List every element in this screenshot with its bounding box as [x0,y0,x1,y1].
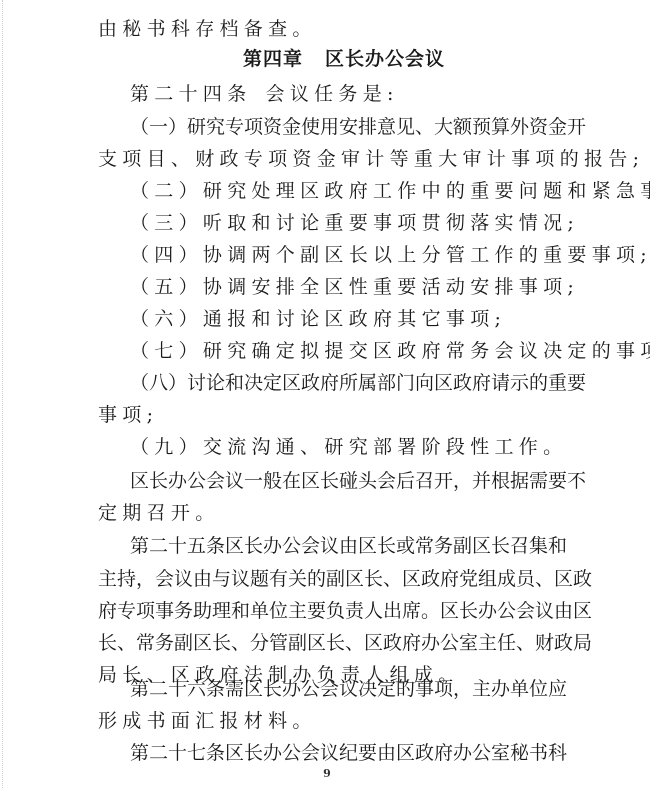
article-24-item-8-line-1: （八）讨论和决定区政府所属部门向区政府请示的重要 [130,368,550,398]
article-24-closing-line-2: 定期召开。 [98,498,220,528]
article-25-line-4: 长、常务副区长、分管副区长、区政府办公室主任、财政局 [98,628,550,658]
chapter-title: 区长办公会议 [325,48,445,70]
article-24-heading: 第二十四条会议任务是: [130,79,399,109]
article-26-text: 需区长办公会议决定的事项，主办单位应 [225,678,567,700]
article-25-line-3: 府专项事务助理和单位主要负责人出席。区长办公会议由区 [98,596,550,626]
article-24-item-1-line-1: （一）研究专项资金使用安排意见、大额预算外资金开 [130,112,550,142]
chapter-heading: 第四章区长办公会议 [98,44,550,74]
article-24-item-8-line-2: 事项; [98,400,158,430]
chapter-number: 第四章 [243,48,303,70]
article-24-item-1-line-2: 支项目、财政专项资金审计等重大审计事项的报告; [98,144,644,174]
carryover-text: 由秘书科存档备查。 [98,14,317,44]
article-25-label: 第二十五条 [130,535,225,557]
article-24-item-4: （四）协调两个副区长以上分管工作的重要事项; [130,240,650,270]
article-24-label: 第二十四条 [130,83,252,105]
article-26-label: 第二十六条 [130,678,225,700]
page-number: 9 [320,767,334,780]
article-24-item-9: （九）交流沟通、研究部署阶段性工作。 [130,432,567,462]
article-27-text: 区长办公会议纪要由区政府办公室秘书科 [225,742,567,764]
article-24-item-6: （六）通报和讨论区政府其它事项; [130,304,506,334]
article-26-line-1: 第二十六条需区长办公会议决定的事项，主办单位应 [130,674,550,704]
article-24-closing-line-1: 区长办公会议一般在区长碰头会后召开，并根据需要不 [130,466,550,496]
article-24-item-5: （五）协调安排全区性重要活动安排事项; [130,272,579,302]
article-25-line-2: 主持，会议由与议题有关的副区长、区政府党组成员、区政 [98,564,550,594]
article-25-text: 区长办公会议由区长或常务副区长召集和 [225,535,567,557]
scan-edge-line [2,0,4,788]
article-26-line-2: 形成书面汇报材料。 [98,706,317,736]
article-24-item-2: （二）研究处理区政府工作中的重要问题和紧急事项; [130,176,650,206]
article-27-line-1: 第二十七条区长办公会议纪要由区政府办公室秘书科 [130,738,550,768]
article-27-label: 第二十七条 [130,742,225,764]
article-24-intro: 会议任务是: [266,83,399,105]
article-24-item-3: （三）听取和讨论重要事项贯彻落实情况; [130,208,579,238]
article-24-item-7: （七）研究确定拟提交区政府常务会议决定的事项; [130,336,650,366]
article-25-line-1: 第二十五条区长办公会议由区长或常务副区长召集和 [130,531,550,561]
